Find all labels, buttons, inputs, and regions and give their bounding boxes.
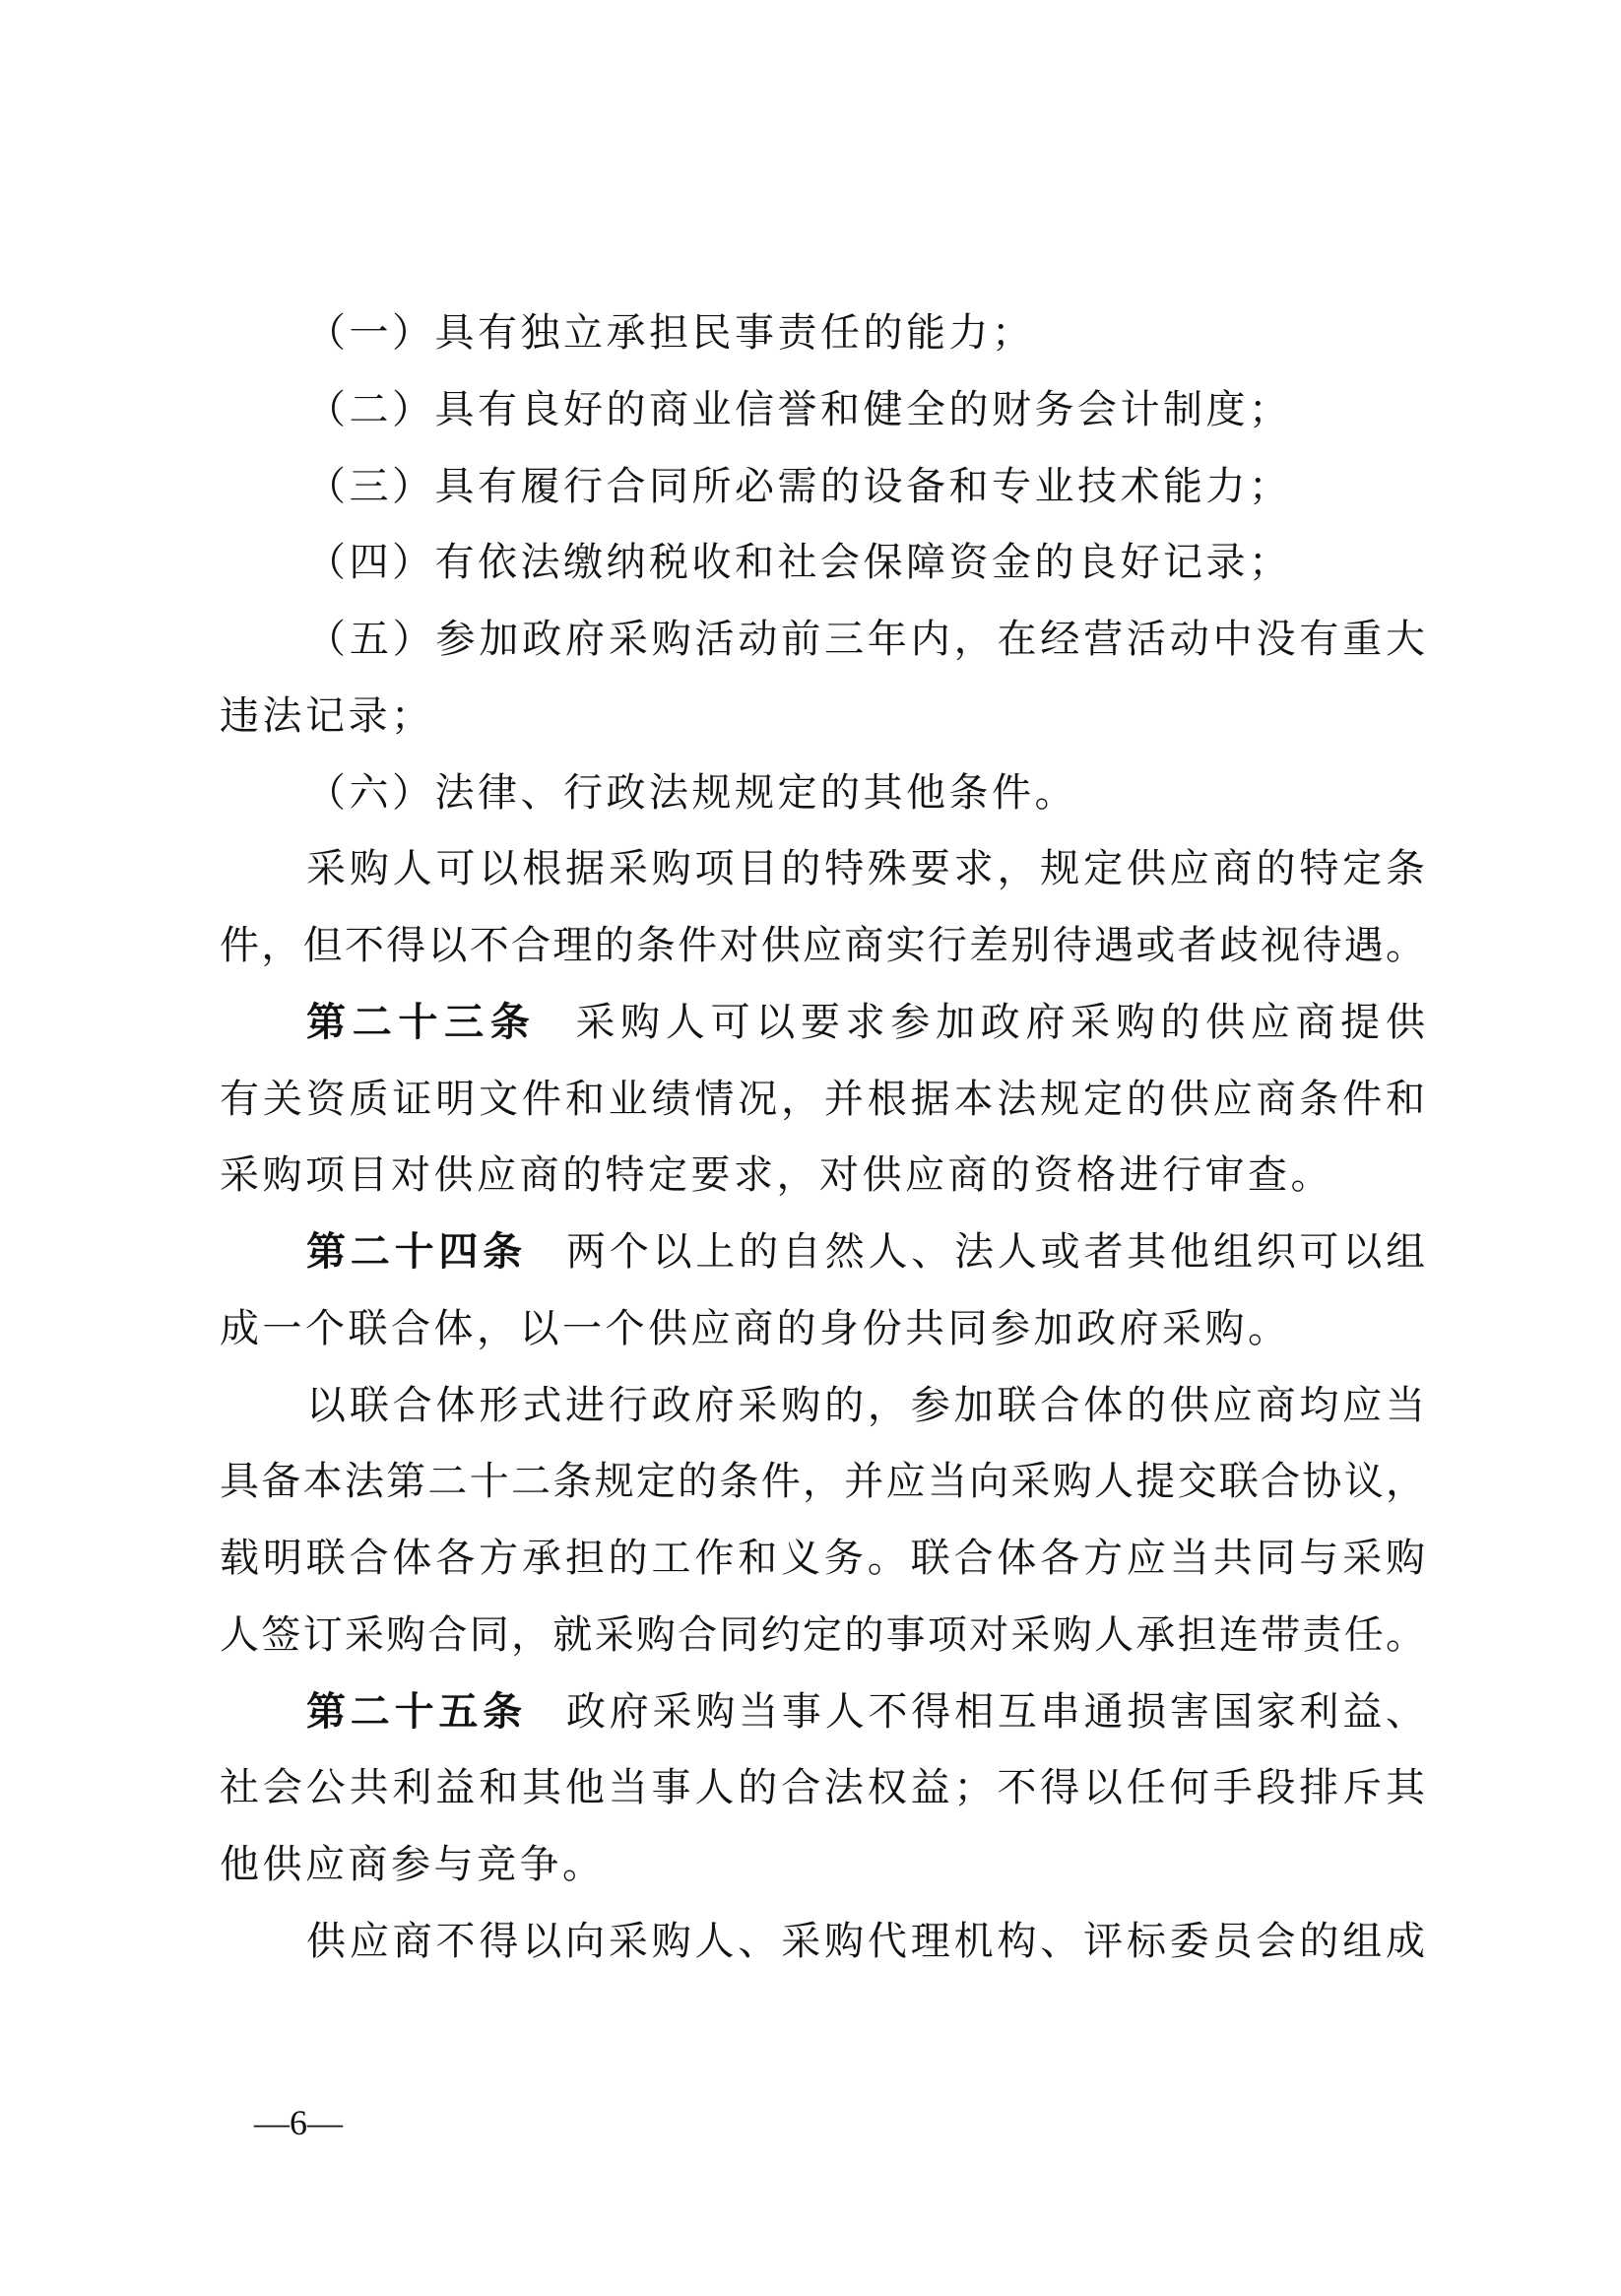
list-item-5-cont: 违法记录；	[220, 687, 1425, 746]
article-heading: 第二十三条	[306, 1000, 536, 1045]
article-23-line: 第二十三条采购人可以要求参加政府采购的供应商提供	[220, 993, 1425, 1052]
paragraph-line: 有关资质证明文件和业绩情况，并根据本法规定的供应商条件和	[220, 1070, 1425, 1129]
paragraph-line: 供应商不得以向采购人、采购代理机构、评标委员会的组成	[220, 1912, 1425, 1971]
list-item-4: （四）有依法缴纳税收和社会保障资金的良好记录；	[220, 533, 1425, 592]
article-25-line: 第二十五条政府采购当事人不得相互串通损害国家利益、	[220, 1682, 1425, 1741]
paragraph-line: 具备本法第二十二条规定的条件，并应当向采购人提交联合协议，	[220, 1452, 1425, 1511]
article-heading: 第二十四条	[306, 1229, 527, 1275]
page-number: —6—	[254, 2093, 343, 2152]
article-heading: 第二十五条	[306, 1689, 527, 1735]
paragraph-line: 采购人可以根据采购项目的特殊要求，规定供应商的特定条	[220, 839, 1425, 898]
document-page: （一）具有独立承担民事责任的能力； （二）具有良好的商业信誉和健全的财务会计制度…	[0, 0, 1621, 2296]
paragraph-line: 载明联合体各方承担的工作和义务。联合体各方应当共同与采购	[220, 1529, 1425, 1588]
list-item-1: （一）具有独立承担民事责任的能力；	[220, 303, 1425, 362]
list-item-6: （六）法律、行政法规规定的其他条件。	[220, 763, 1425, 822]
paragraph-line: 人签订采购合同，就采购合同约定的事项对采购人承担连带责任。	[220, 1606, 1425, 1665]
article-text: 政府采购当事人不得相互串通损害国家利益、	[566, 1689, 1425, 1735]
article-text: 采购人可以要求参加政府采购的供应商提供	[575, 1000, 1425, 1045]
list-item-2: （二）具有良好的商业信誉和健全的财务会计制度；	[220, 380, 1425, 439]
paragraph-line: 社会公共利益和其他当事人的合法权益；不得以任何手段排斥其	[220, 1758, 1425, 1817]
paragraph-line: 件，但不得以不合理的条件对供应商实行差别待遇或者歧视待遇。	[220, 916, 1425, 975]
list-item-3: （三）具有履行合同所必需的设备和专业技术能力；	[220, 457, 1425, 516]
article-text: 两个以上的自然人、法人或者其他组织可以组	[566, 1229, 1425, 1275]
paragraph-line: 他供应商参与竞争。	[220, 1835, 1425, 1894]
paragraph-line: 采购项目对供应商的特定要求，对供应商的资格进行审查。	[220, 1146, 1425, 1205]
article-24-line: 第二十四条两个以上的自然人、法人或者其他组织可以组	[220, 1222, 1425, 1281]
list-item-5: （五）参加政府采购活动前三年内，在经营活动中没有重大	[220, 610, 1425, 669]
paragraph-line: 成一个联合体，以一个供应商的身份共同参加政府采购。	[220, 1299, 1425, 1358]
paragraph-line: 以联合体形式进行政府采购的，参加联合体的供应商均应当	[220, 1376, 1425, 1435]
